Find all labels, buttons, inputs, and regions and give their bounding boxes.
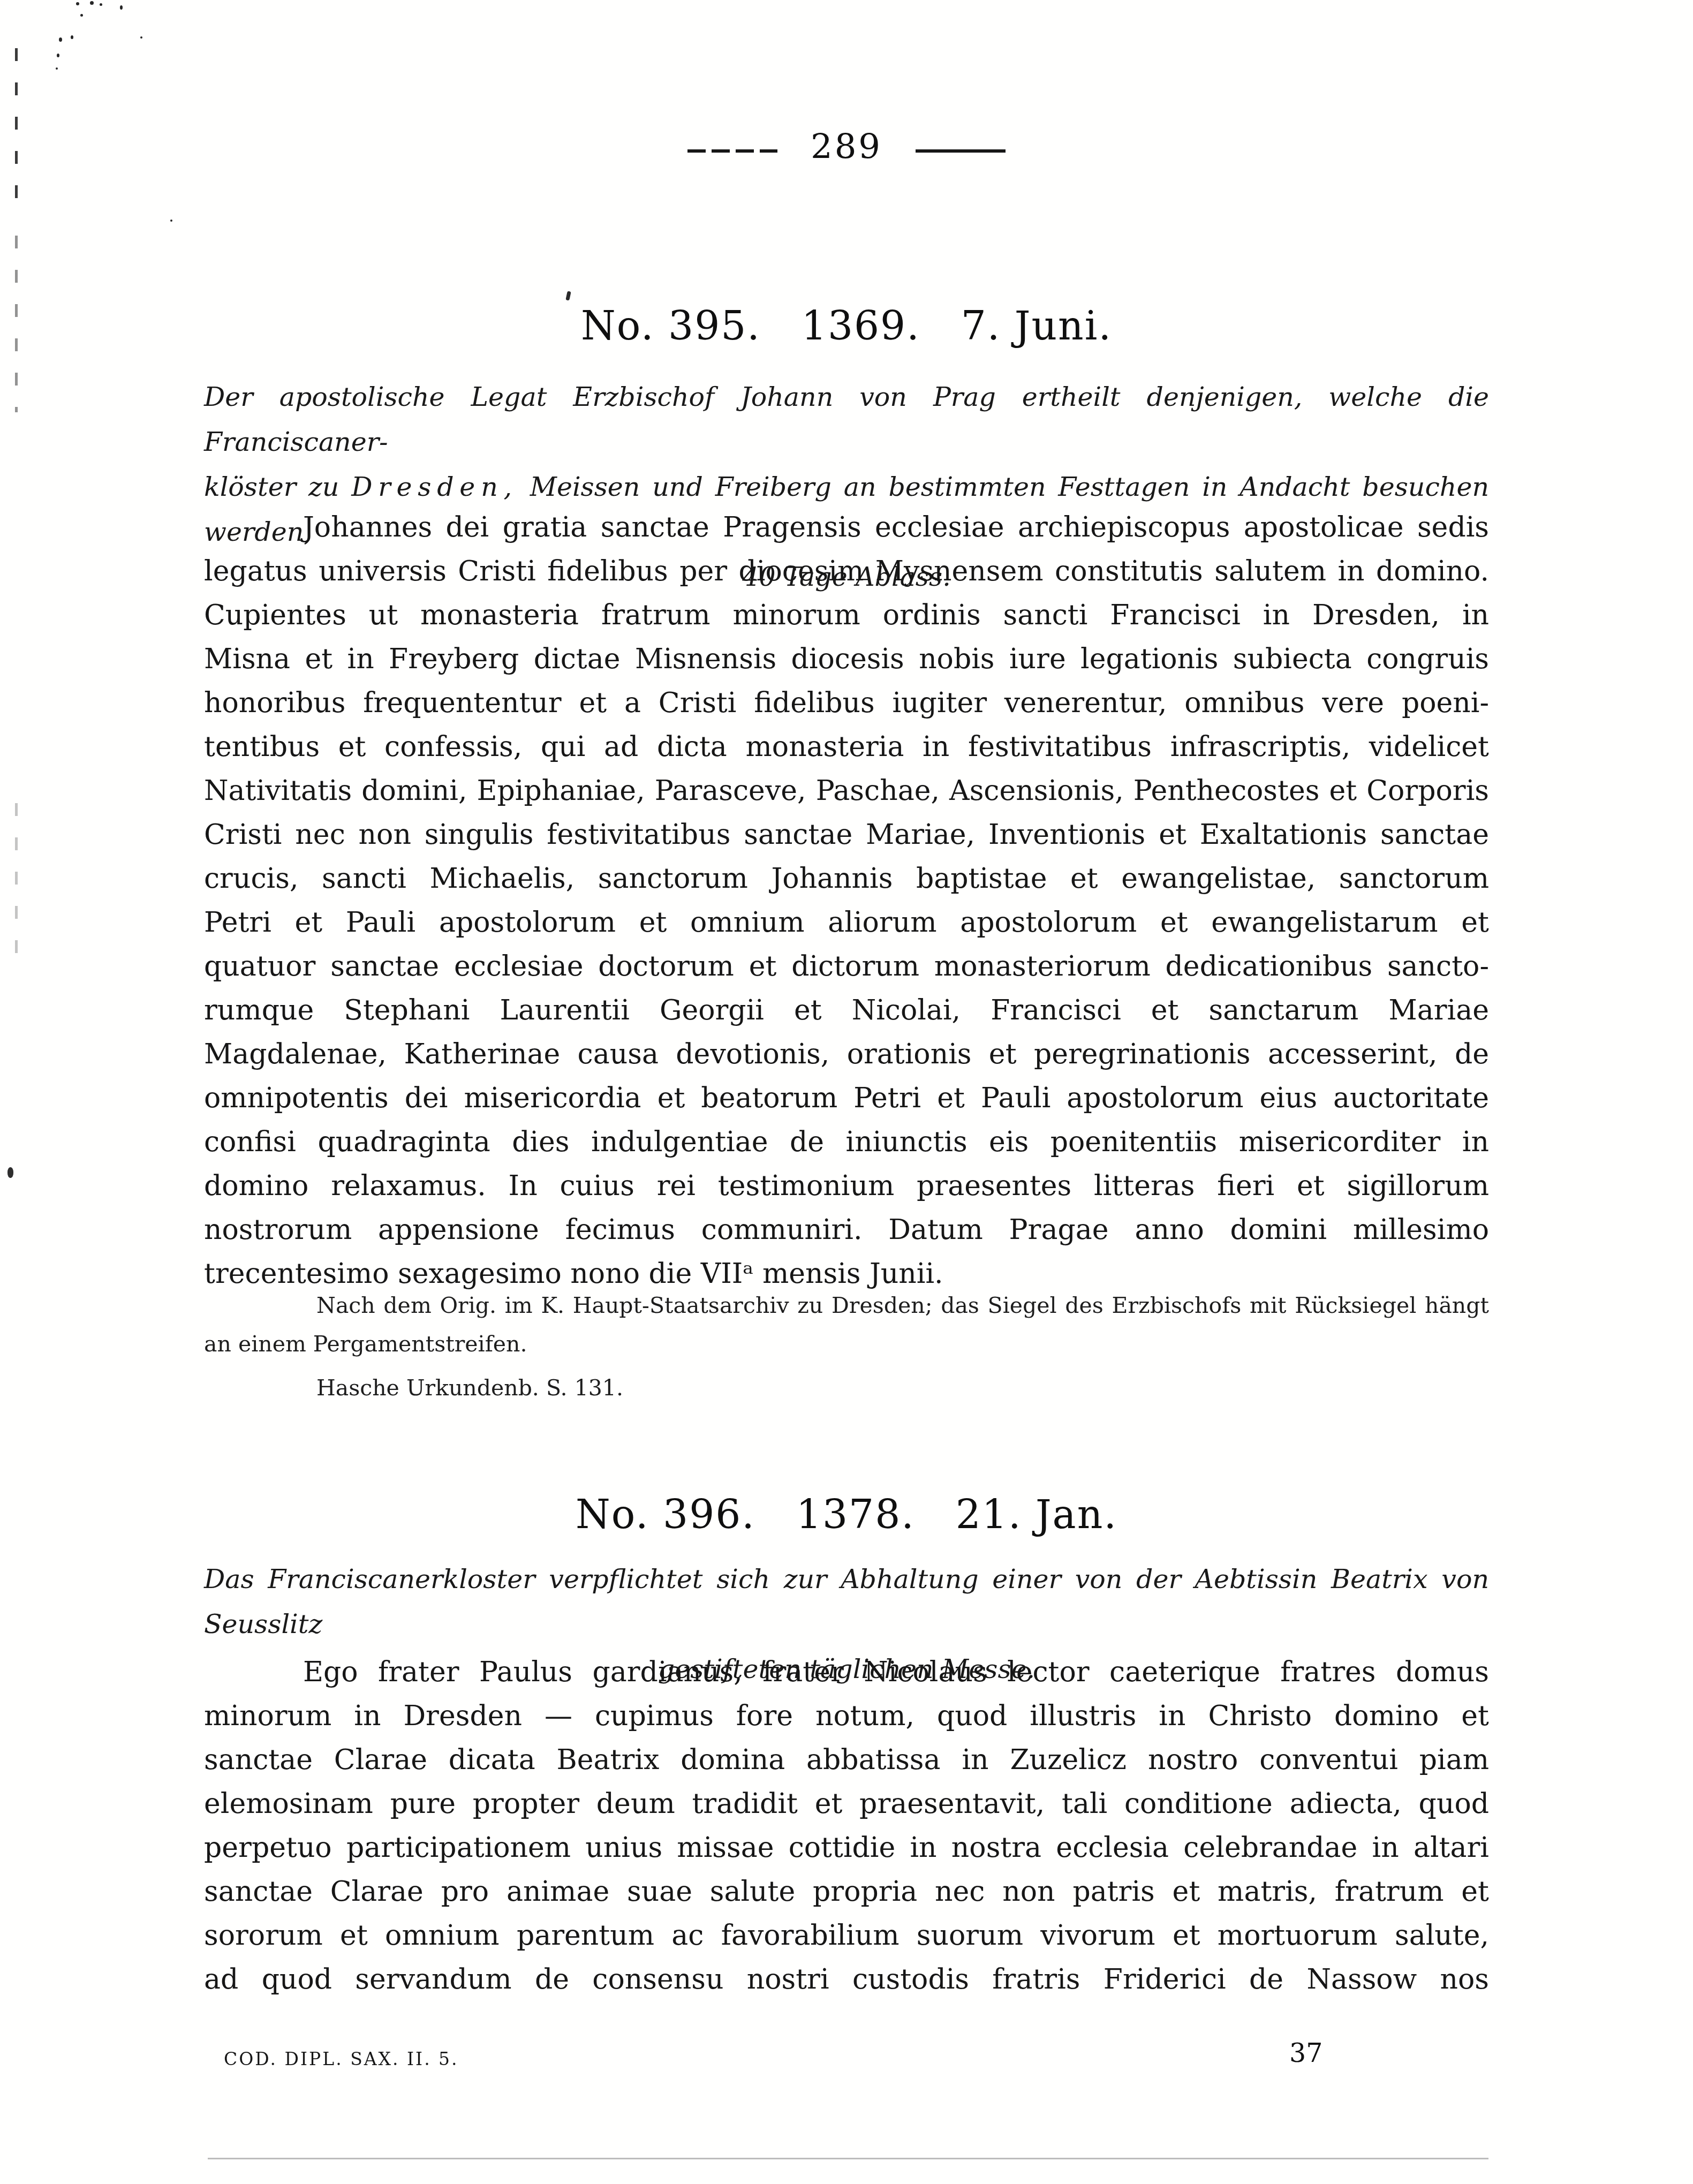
body-line: quatuor sanctae ecclesiae doctorum et di…: [204, 944, 1489, 988]
decorative-dash-right: [916, 149, 1006, 153]
body-line: tentibus et confessis, qui ad dicta mona…: [204, 725, 1489, 769]
scanned-book-page: 289 No. 395.1369.7. Juni. Der apostolisc…: [0, 0, 1693, 2184]
scan-speck: [71, 35, 73, 39]
summary-spaced-word: Dresden,: [351, 472, 518, 502]
body-line: sanctae Clarae dicata Beatrix domina abb…: [204, 1738, 1489, 1782]
body-line: sanctae Clarae pro animae suae salute pr…: [204, 1870, 1489, 1914]
scan-edge-dashes: [15, 48, 18, 198]
entry-395-date: 7. Juni.: [961, 303, 1112, 349]
body-line: Ego frater Paulus gardianus, frater Nico…: [204, 1650, 1489, 1694]
scan-speck: [57, 54, 59, 57]
scan-edge-dashes: [15, 803, 18, 964]
scan-speck: [140, 36, 142, 39]
entry-395-number: No. 395.: [581, 303, 761, 349]
entry-395-heading: No. 395.1369.7. Juni.: [204, 303, 1489, 349]
scan-speck: [80, 14, 83, 17]
entry-395-year: 1369.: [802, 303, 920, 349]
body-line: Magdalenae, Katherinae causa devotionis,…: [204, 1032, 1489, 1076]
summary-line: Der apostolische Legat Erzbischof Johann…: [204, 375, 1489, 465]
page-header: 289: [0, 127, 1693, 167]
entry-396-number: No. 396.: [576, 1492, 755, 1538]
body-line: rumque Stephani Laurentii Georgii et Nic…: [204, 988, 1489, 1032]
body-line: honoribus frequententur et a Cristi fide…: [204, 681, 1489, 725]
scan-speck: [120, 5, 123, 10]
body-line: Misna et in Freyberg dictae Misnensis di…: [204, 637, 1489, 681]
scan-edge-mark: [7, 1167, 13, 1178]
summary-line: Das Franciscanerkloster verpflichtet sic…: [204, 1557, 1489, 1647]
body-line: Cupientes ut monasteria fratrum minorum …: [204, 593, 1489, 637]
body-line: elemosinam pure propter deum tradidit et…: [204, 1782, 1489, 1826]
scan-speck: [100, 3, 102, 6]
body-line: nostrorum appensione fecimus communiri. …: [204, 1208, 1489, 1252]
body-line: Cristi nec non singulis festivitatibus s…: [204, 813, 1489, 857]
body-line: legatus universis Cristi fidelibus per d…: [204, 549, 1489, 593]
body-line: perpetuo participationem unius missae co…: [204, 1826, 1489, 1870]
body-line: Nativitatis domini, Epiphaniae, Parascev…: [204, 769, 1489, 813]
printers-signature: COD. DIPL. SAX. II. 5.: [224, 2049, 459, 2069]
decorative-dash-left: [687, 149, 777, 153]
scan-speck: [56, 67, 58, 70]
body-line: ad quod servandum de consensu nostri cus…: [204, 1958, 1489, 2001]
entry-396-year: 1378.: [796, 1492, 915, 1538]
body-line: confisi quadraginta dies indulgentiae de…: [204, 1120, 1489, 1164]
note-line: Nach dem Orig. im K. Haupt-Staatsarchiv …: [204, 1286, 1489, 1325]
summary-line-segment: klöster zu: [204, 472, 351, 502]
body-line: Petri et Pauli apostolorum et omnium ali…: [204, 901, 1489, 944]
body-line: Johannes dei gratia sanctae Pragensis ec…: [204, 505, 1489, 549]
scan-bottom-hairline: [208, 2158, 1488, 2159]
scan-apostrophe-mark: [565, 291, 571, 300]
body-line: minorum in Dresden — cupimus fore notum,…: [204, 1694, 1489, 1738]
body-line: domino relaxamus. In cuius rei testimoni…: [204, 1164, 1489, 1208]
sheet-number: 37: [1289, 2038, 1322, 2068]
body-line: sororum et omnium parentum ac favorabili…: [204, 1914, 1489, 1958]
entry-395-source-notes: Nach dem Orig. im K. Haupt-Staatsarchiv …: [204, 1286, 1489, 1407]
body-line: crucis, sancti Michaelis, sanctorum Joha…: [204, 857, 1489, 901]
page-number: 289: [811, 127, 882, 167]
note-line: an einem Pergamentstreifen.: [204, 1325, 1489, 1363]
entry-396-date: 21. Jan.: [956, 1492, 1117, 1538]
scan-speck: [59, 37, 62, 42]
entry-396-body: Ego frater Paulus gardianus, frater Nico…: [204, 1650, 1489, 2001]
entry-395-body: Johannes dei gratia sanctae Pragensis ec…: [204, 505, 1489, 1296]
body-line: omnipotentis dei misericordia et beatoru…: [204, 1076, 1489, 1120]
scan-edge-dashes: [15, 236, 18, 412]
scan-speck: [170, 220, 172, 222]
note-line: Hasche Urkundenb. S. 131.: [204, 1369, 1489, 1407]
scan-speck: [76, 2, 79, 5]
entry-396-heading: No. 396.1378.21. Jan.: [204, 1492, 1489, 1538]
scan-speck: [90, 1, 94, 5]
